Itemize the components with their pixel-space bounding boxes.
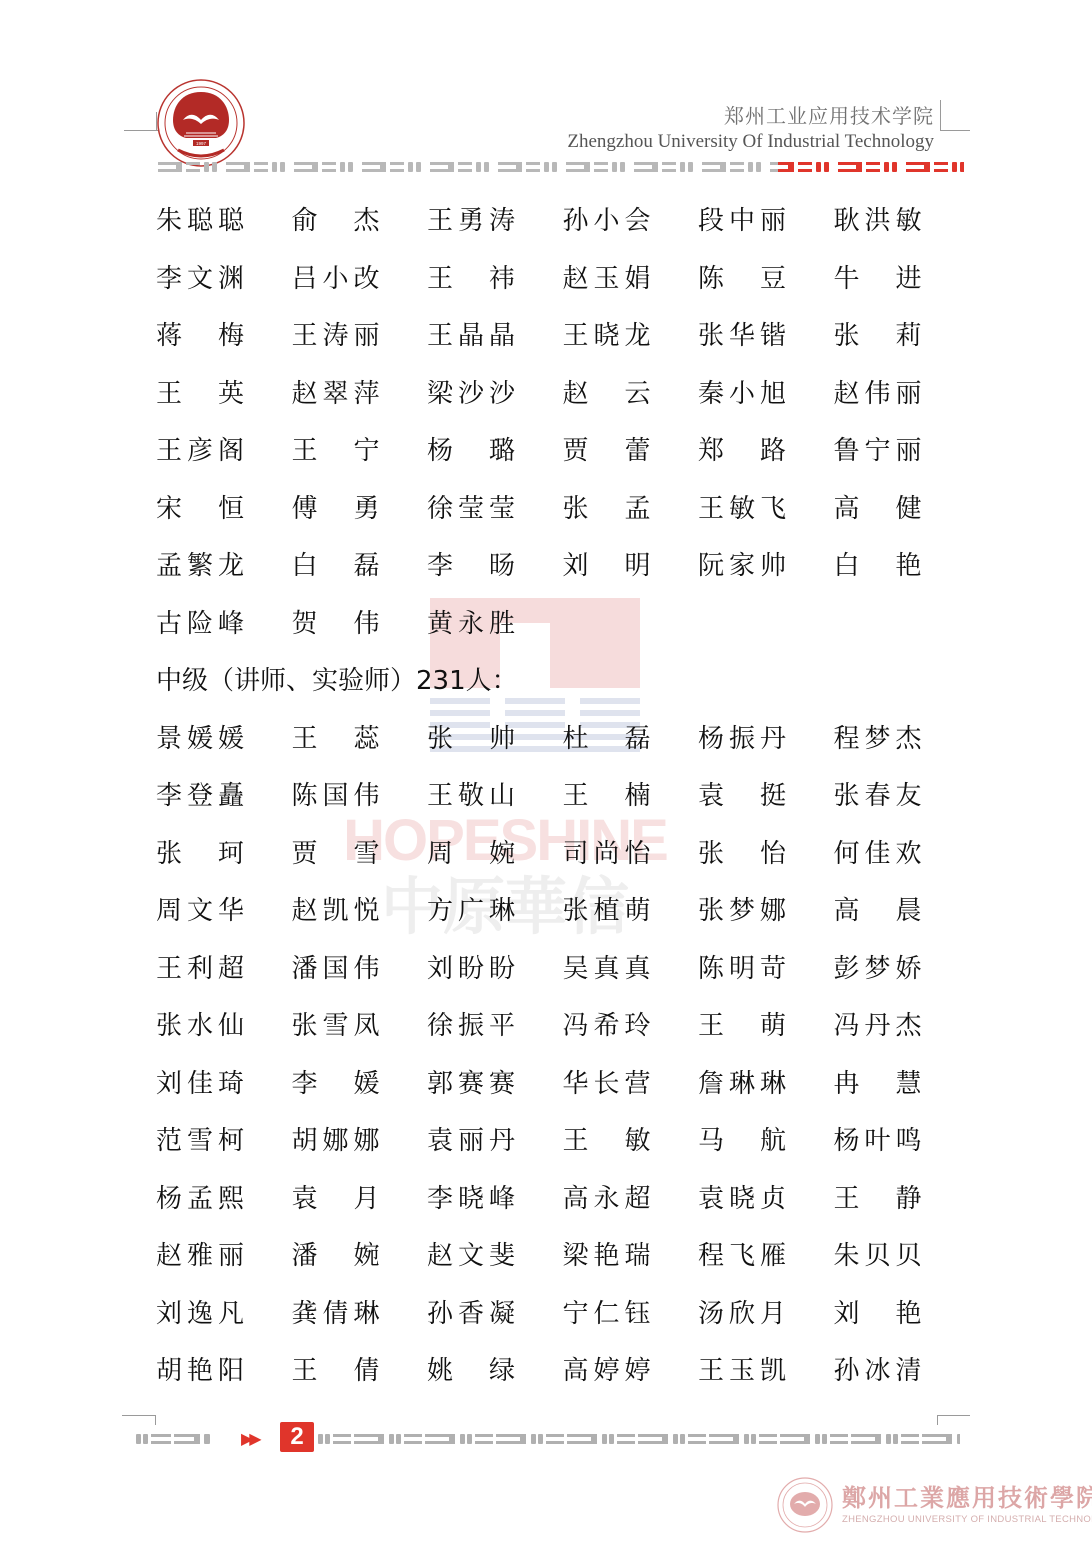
staff-name: 张华锴 — [698, 315, 786, 352]
staff-name: 刘明 — [563, 545, 651, 582]
staff-name: 朱贝贝 — [834, 1235, 922, 1272]
name-row: 刘逸凡 龚倩琳 孙香凝 宁仁钰 汤欣月 刘艳 — [156, 1283, 936, 1341]
staff-name: 孙香凝 — [427, 1293, 515, 1330]
staff-name: 宋恒 — [156, 488, 244, 525]
staff-name: 张帅 — [427, 718, 515, 755]
staff-name: 景媛媛 — [156, 718, 244, 755]
name-row: 古险峰 贺伟 黄永胜 — [156, 593, 936, 651]
staff-name: 张植萌 — [563, 890, 651, 927]
staff-name: 张莉 — [834, 315, 922, 352]
header-rule-left — [124, 130, 160, 131]
svg-text:1997: 1997 — [196, 141, 207, 146]
staff-name: 张怡 — [698, 833, 786, 870]
staff-name: 王玉凯 — [698, 1350, 786, 1387]
staff-name: 王宁 — [292, 430, 380, 467]
staff-name: 高晨 — [834, 890, 922, 927]
footer-logo-cn: 鄭州工業應用技術學院 — [842, 1478, 1092, 1513]
staff-name: 胡娜娜 — [292, 1120, 380, 1157]
staff-name: 王敏飞 — [698, 488, 786, 525]
staff-name: 孙小会 — [563, 200, 651, 237]
staff-name: 刘盼盼 — [427, 948, 515, 985]
staff-name: 牛进 — [834, 258, 922, 295]
staff-name: 张梦娜 — [698, 890, 786, 927]
staff-name: 鲁宁丽 — [834, 430, 922, 467]
university-seal-icon: 1997 — [156, 78, 246, 168]
staff-name: 赵文斐 — [427, 1235, 515, 1272]
section-heading: 中级（讲师、实验师）231人： — [156, 650, 936, 708]
staff-name: 王敬山 — [427, 775, 515, 812]
staff-name: 杜磊 — [563, 718, 651, 755]
name-row: 蒋梅 王涛丽 王晶晶 王晓龙 张华锴 张莉 — [156, 305, 936, 363]
name-row: 赵雅丽 潘婉 赵文斐 梁艳瑞 程飞雁 朱贝贝 — [156, 1225, 936, 1283]
staff-name: 张珂 — [156, 833, 244, 870]
staff-name: 孟繁龙 — [156, 545, 244, 582]
section-senior-staff: 朱聪聪 俞杰 王勇涛 孙小会 段中丽 耿洪敏 李文渊 吕小改 王祎 赵玉娟 陈豆… — [156, 190, 936, 650]
name-row: 王利超 潘国伟 刘盼盼 吴真真 陈明苛 彭梦娇 — [156, 938, 936, 996]
staff-name: 贾雪 — [292, 833, 380, 870]
staff-name: 朱聪聪 — [156, 200, 244, 237]
staff-name: 周文华 — [156, 890, 244, 927]
staff-name: 高永超 — [563, 1178, 651, 1215]
name-row: 杨孟熙 袁月 李晓峰 高永超 袁晓贞 王静 — [156, 1168, 936, 1226]
staff-name: 秦小旭 — [698, 373, 786, 410]
staff-name: 陈国伟 — [292, 775, 380, 812]
staff-name: 何佳欢 — [834, 833, 922, 870]
staff-name: 王萌 — [698, 1005, 786, 1042]
staff-name: 司尚怡 — [563, 833, 651, 870]
name-row: 张珂 贾雪 周婉 司尚怡 张怡 何佳欢 — [156, 823, 936, 881]
school-name-cn: 郑州工业应用技术学院 — [724, 100, 934, 129]
staff-name: 赵伟丽 — [834, 373, 922, 410]
name-row: 孟繁龙 白磊 李旸 刘明 阮家帅 白艳 — [156, 535, 936, 593]
footer-rule-right — [937, 1415, 970, 1416]
staff-name: 赵雅丽 — [156, 1235, 244, 1272]
staff-name: 王勇涛 — [427, 200, 515, 237]
name-row: 景媛媛 王蕊 张帅 杜磊 杨振丹 程梦杰 — [156, 708, 936, 766]
staff-name: 徐振平 — [427, 1005, 515, 1042]
staff-name: 周婉 — [427, 833, 515, 870]
staff-name: 李登矗 — [156, 775, 244, 812]
staff-name: 郑路 — [698, 430, 786, 467]
staff-name: 王涛丽 — [292, 315, 380, 352]
staff-name: 刘逸凡 — [156, 1293, 244, 1330]
staff-name: 袁丽丹 — [427, 1120, 515, 1157]
staff-name: 范雪柯 — [156, 1120, 244, 1157]
staff-name: 古险峰 — [156, 603, 244, 640]
staff-name: 袁月 — [292, 1178, 380, 1215]
staff-name: 刘艳 — [834, 1293, 922, 1330]
staff-name: 吕小改 — [292, 258, 380, 295]
footer-rule-left-tick — [155, 1415, 156, 1425]
staff-name: 王祎 — [427, 258, 515, 295]
section-intermediate-staff: 中级（讲师、实验师）231人： 景媛媛 王蕊 张帅 杜磊 杨振丹 程梦杰 李登矗… — [156, 650, 936, 1398]
staff-name: 高健 — [834, 488, 922, 525]
staff-name: 王彦阁 — [156, 430, 244, 467]
staff-name: 赵玉娟 — [563, 258, 651, 295]
staff-name: 高婷婷 — [563, 1350, 651, 1387]
staff-name: 程飞雁 — [698, 1235, 786, 1272]
staff-name: 刘佳琦 — [156, 1063, 244, 1100]
name-row: 王彦阁 王宁 杨璐 贾蕾 郑路 鲁宁丽 — [156, 420, 936, 478]
name-row: 李登矗 陈国伟 王敬山 王楠 袁挺 张春友 — [156, 765, 936, 823]
header-rule-right-tick — [940, 100, 941, 131]
staff-name: 詹琳琳 — [698, 1063, 786, 1100]
staff-name: 赵云 — [563, 373, 651, 410]
staff-name: 袁晓贞 — [698, 1178, 786, 1215]
staff-name: 李晓峰 — [427, 1178, 515, 1215]
name-row: 胡艳阳 王倩 姚绿 高婷婷 王玉凯 孙冰清 — [156, 1340, 936, 1398]
staff-name: 阮家帅 — [698, 545, 786, 582]
staff-name-list: 朱聪聪 俞杰 王勇涛 孙小会 段中丽 耿洪敏 李文渊 吕小改 王祎 赵玉娟 陈豆… — [156, 190, 936, 1398]
staff-name: 陈豆 — [698, 258, 786, 295]
staff-name: 彭梦娇 — [834, 948, 922, 985]
footer-rule-left — [122, 1415, 156, 1416]
name-row: 李文渊 吕小改 王祎 赵玉娟 陈豆 牛进 — [156, 248, 936, 306]
staff-name: 李媛 — [292, 1063, 380, 1100]
name-row: 王英 赵翠萍 梁沙沙 赵云 秦小旭 赵伟丽 — [156, 363, 936, 421]
header-rule-right — [940, 130, 970, 131]
staff-name: 赵凯悦 — [292, 890, 380, 927]
staff-name: 冯希玲 — [563, 1005, 651, 1042]
staff-name: 华长营 — [563, 1063, 651, 1100]
staff-name: 王晶晶 — [427, 315, 515, 352]
name-row: 刘佳琦 李媛 郭赛赛 华长营 詹琳琳 冉慧 — [156, 1053, 936, 1111]
name-row: 朱聪聪 俞杰 王勇涛 孙小会 段中丽 耿洪敏 — [156, 190, 936, 248]
staff-name: 吴真真 — [563, 948, 651, 985]
staff-name: 黄永胜 — [427, 603, 515, 640]
staff-name: 王英 — [156, 373, 244, 410]
school-name-en: Zhengzhou University Of Industrial Techn… — [567, 131, 934, 153]
staff-name: 杨振丹 — [698, 718, 786, 755]
staff-name: 王倩 — [292, 1350, 380, 1387]
staff-name: 李旸 — [427, 545, 515, 582]
staff-name: 汤欣月 — [698, 1293, 786, 1330]
name-row: 范雪柯 胡娜娜 袁丽丹 王敏 马航 杨叶鸣 — [156, 1110, 936, 1168]
staff-name: 徐莹莹 — [427, 488, 515, 525]
staff-name: 段中丽 — [698, 200, 786, 237]
footer-decorative-band-left — [136, 1433, 226, 1445]
staff-name: 王楠 — [563, 775, 651, 812]
staff-name: 张水仙 — [156, 1005, 244, 1042]
staff-name: 杨叶鸣 — [834, 1120, 922, 1157]
footer-university-logo: 鄭州工業應用技術學院 ZHENGZHOU UNIVERSITY OF INDUS… — [776, 1476, 1086, 1536]
staff-name: 张春友 — [834, 775, 922, 812]
staff-name: 冉慧 — [834, 1063, 922, 1100]
staff-name: 孙冰清 — [834, 1350, 922, 1387]
staff-name: 王蕊 — [292, 718, 380, 755]
staff-name: 梁艳瑞 — [563, 1235, 651, 1272]
staff-name: 程梦杰 — [834, 718, 922, 755]
staff-name: 姚绿 — [427, 1350, 515, 1387]
header-decorative-band — [158, 161, 964, 173]
staff-name: 龚倩琳 — [292, 1293, 380, 1330]
page-number-badge: 2 — [280, 1422, 314, 1452]
staff-name: 袁挺 — [698, 775, 786, 812]
name-row: 宋恒 傅勇 徐莹莹 张孟 王敏飞 高健 — [156, 478, 936, 536]
staff-name: 傅勇 — [292, 488, 380, 525]
staff-name: 郭赛赛 — [427, 1063, 515, 1100]
staff-name: 白磊 — [292, 545, 380, 582]
staff-name: 蒋梅 — [156, 315, 244, 352]
staff-name: 张雪凤 — [292, 1005, 380, 1042]
staff-name: 宁仁钰 — [563, 1293, 651, 1330]
staff-name: 赵翠萍 — [292, 373, 380, 410]
staff-name: 杨璐 — [427, 430, 515, 467]
name-row: 周文华 赵凯悦 方广琳 张植萌 张梦娜 高晨 — [156, 880, 936, 938]
double-arrow-icon: ▶▶ — [241, 1429, 258, 1448]
staff-name: 胡艳阳 — [156, 1350, 244, 1387]
staff-name: 白艳 — [834, 545, 922, 582]
staff-name: 杨孟熙 — [156, 1178, 244, 1215]
staff-name: 王静 — [834, 1178, 922, 1215]
staff-name: 贾蕾 — [563, 430, 651, 467]
staff-name: 张孟 — [563, 488, 651, 525]
staff-name: 方广琳 — [427, 890, 515, 927]
footer-logo-en: ZHENGZHOU UNIVERSITY OF INDUSTRIAL TECHN… — [842, 1514, 1092, 1525]
staff-name: 耿洪敏 — [834, 200, 922, 237]
staff-name: 马航 — [698, 1120, 786, 1157]
staff-name: 贺伟 — [292, 603, 380, 640]
university-seal-icon — [776, 1476, 834, 1534]
staff-name: 李文渊 — [156, 258, 244, 295]
staff-name: 冯丹杰 — [834, 1005, 922, 1042]
staff-name: 王利超 — [156, 948, 244, 985]
staff-name: 俞杰 — [292, 200, 380, 237]
footer-decorative-band-right — [318, 1433, 960, 1445]
staff-name: 王敏 — [563, 1120, 651, 1157]
staff-name: 陈明苛 — [698, 948, 786, 985]
staff-name: 王晓龙 — [563, 315, 651, 352]
staff-name: 梁沙沙 — [427, 373, 515, 410]
staff-name: 潘国伟 — [292, 948, 380, 985]
footer-rule-right-tick — [937, 1415, 938, 1425]
name-row: 张水仙 张雪凤 徐振平 冯希玲 王萌 冯丹杰 — [156, 995, 936, 1053]
staff-name: 潘婉 — [292, 1235, 380, 1272]
